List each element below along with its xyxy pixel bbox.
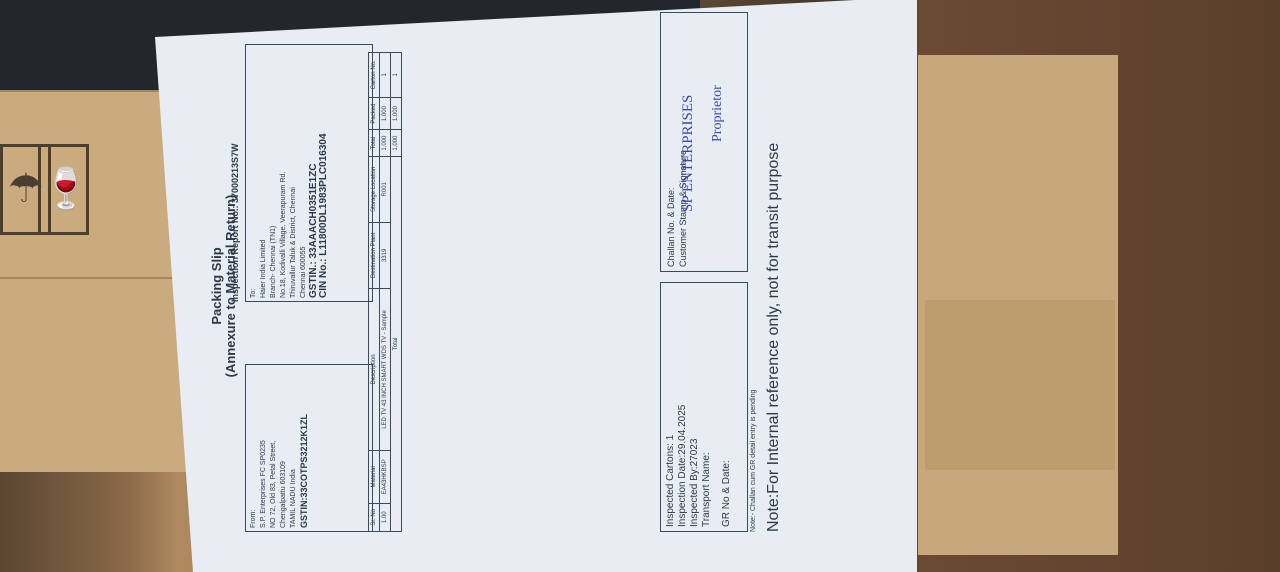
header-cell: Carton No. [369,53,380,98]
to-cin: CIN No.: L11800DL1983PLC016304 [319,48,329,298]
transport-name: Transport Name: [701,287,713,527]
cell: 1.000 [380,130,391,156]
table-row: 1.00 EA43HKBSP LED TV 43 INCH SMART WDS … [380,53,391,532]
total-value: 1.000 [391,130,402,156]
cell: LED TV 43 INCH SMART WDS TV - Sample [380,288,391,450]
note-small: Note:- Challan cum GR detail entry is pe… [750,390,757,532]
box-flap [0,277,190,279]
cell: 1.000 [380,97,391,130]
fragile-icon: 🍷 [38,144,89,235]
proprietor-stamp: Proprietor [710,85,726,142]
from-line: TAMIL NADU India [289,368,299,528]
from-line: NO 72, Old 83, Petal Street, [269,368,279,528]
total-label: Total [391,156,402,531]
inspection-report-no: Inspection Report No.: 37000213S7W [230,143,240,302]
to-line: Haier India Limited [259,48,269,298]
challan-box: Challan No. & Date: Customer Stamp & Sig… [660,12,748,272]
to-line: No.18, Kodivalli Village, Veerapuram Rd. [279,48,289,298]
cell: 1.00 [380,503,391,531]
title-text: Packing Slip [210,0,224,572]
header-cell: Material [369,451,380,504]
from-gstin: GSTIN:33COTPS3212K1ZL [299,368,309,528]
cell: 1 [380,53,391,98]
inspection-box: Inspected Cartons: 1 Inspection Date:29.… [660,282,748,532]
items-table: Sr. No Material Description Destination … [368,52,402,532]
from-label: From: [249,368,259,528]
to-label: To: [249,48,259,298]
header-cell: Packed [369,97,380,130]
total-row: Total 1.000 1.000 1 [391,53,402,532]
inspected-cartons: Inspected Cartons: 1 [665,287,677,527]
packing-slip-document: Packing Slip (Annexure to Material Retur… [190,0,790,572]
header-cell: Sr. No [369,503,380,531]
from-address-box: From: S.P. Enterprises FC SP0235 NO 72, … [245,364,373,532]
cell: EA43HKBSP [380,451,391,504]
cell: R001 [380,156,391,222]
table-header: Sr. No Material Description Destination … [369,53,380,532]
header-cell: Destination Plant [369,222,380,288]
header-cell: Total [369,130,380,156]
header-cell: Description [369,288,380,450]
cardboard-box-left: ☂ 🍷 [0,90,190,472]
cell: 3319 [380,222,391,288]
company-stamp: SP ENTERPRISES [680,95,697,212]
note-big: Note:For Internal reference only, not fo… [765,143,783,532]
header-cell: Storage Location [369,156,380,222]
carton-total: 1 [391,53,402,98]
to-line: Thiruvallur Taluk & District, Chennai [289,48,299,298]
from-line: S.P. Enterprises FC SP0235 [259,368,269,528]
challan-label: Challan No. & Date: [665,17,677,267]
gr-no-date: GR No & Date: [721,287,733,527]
packing-tape [925,300,1115,470]
packed-total: 1.000 [391,97,402,130]
inspection-date: Inspection Date:29.04.2025 [677,287,689,527]
to-address-box: To: Haier India Limited Branch- Chennai … [245,44,373,302]
from-line: Chengalpattu 603109 [279,368,289,528]
to-line: Branch- Chennai (TN1) [269,48,279,298]
inspected-by: Inspected By:27023 [689,287,701,527]
